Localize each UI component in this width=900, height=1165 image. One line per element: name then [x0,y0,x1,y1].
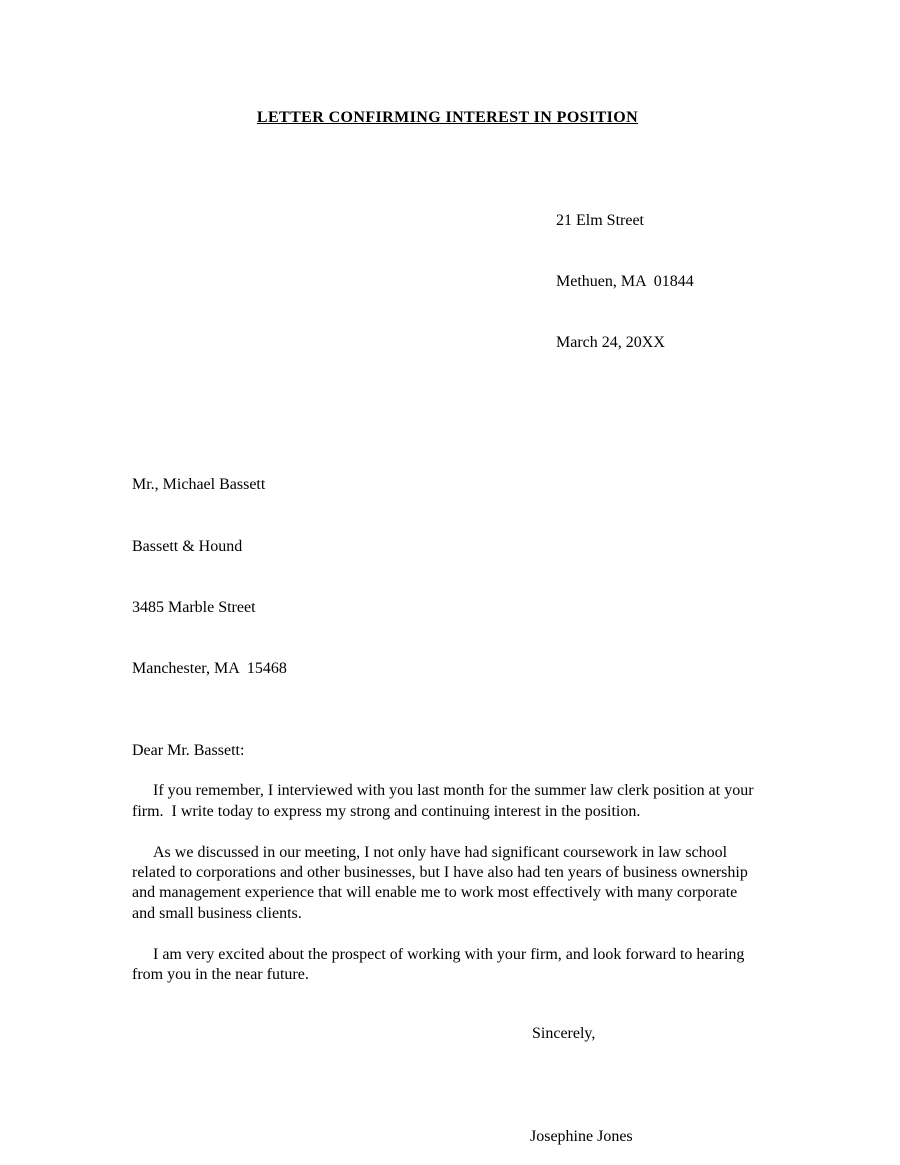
body-paragraph-2: As we discussed in our meeting, I not on… [132,843,763,925]
recipient-company-line: Bassett & Hound [132,537,763,557]
closing-line: Sincerely, [532,1024,763,1044]
sender-address-block: 21 Elm Street Methuen, MA 01844 March 24… [556,170,763,394]
letter-title: LETTER CONFIRMING INTEREST IN POSITION [132,0,763,128]
recipient-street-line: 3485 Marble Street [132,598,763,618]
sender-city-line: Methuen, MA 01844 [556,272,763,292]
recipient-address-block: Mr., Michael Bassett Bassett & Hound 348… [132,434,763,720]
body-paragraph-3: I am very excited about the prospect of … [132,945,763,986]
recipient-city-line: Manchester, MA 15468 [132,659,763,679]
body-paragraph-1: If you remember, I interviewed with you … [132,781,763,822]
letter-date: March 24, 20XX [556,333,763,353]
recipient-name-line: Mr., Michael Bassett [132,475,763,495]
sender-street-line: 21 Elm Street [556,211,763,231]
signature-name: Josephine Jones [530,1127,763,1147]
salutation: Dear Mr. Bassett: [132,741,763,761]
letter-page: LETTER CONFIRMING INTEREST IN POSITION 2… [0,0,900,1165]
